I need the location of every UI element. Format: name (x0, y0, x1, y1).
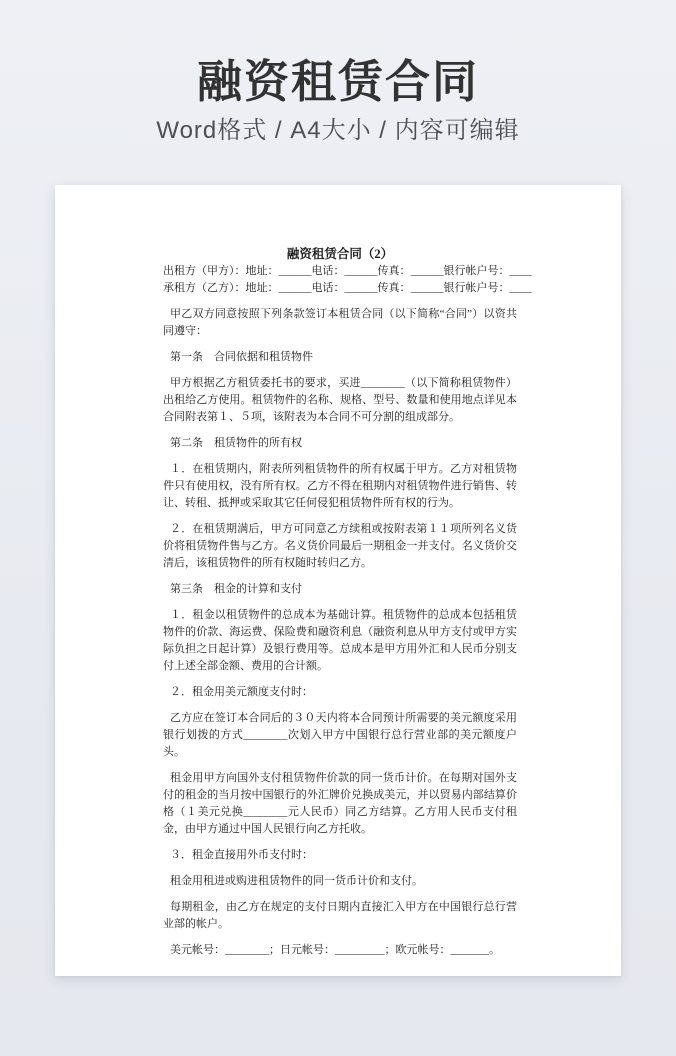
article-3-para-6: 租金用租进或购进租赁物件的同一货币计价和支付。 (163, 873, 517, 890)
document-page: 融资租赁合同（2） 出租方（甲方）：地址：______电话：______传真：_… (55, 185, 621, 976)
account-numbers-line: 美元帐号：________；日元帐号：_________；欧元帐号：______… (163, 942, 517, 959)
article-3-para-1: １．租金以租赁物件的总成本为基础计算。租赁物件的总成本包括租赁物件的价款、海运费… (163, 607, 517, 675)
intro-paragraph: 甲乙双方同意按照下列条款签订本租赁合同（以下简称“合同”）以资共同遵守： (163, 306, 517, 340)
article-3-heading: 第三条 租金的计算和支付 (163, 581, 517, 598)
lessee-line: 承租方（乙方）：地址：______电话：______传真：______银行帐户号… (163, 280, 517, 297)
article-3-para-4: 租金用甲方向国外支付租赁物件价款的同一货币计价。在每期对国外支付的租金的当月按中… (163, 770, 517, 838)
article-2-para-2: ２．在租赁期满后，甲方可同意乙方续租或按附表第１１项所列名义货价将租赁物件售与乙… (163, 521, 517, 572)
article-2-heading: 第二条 租赁物件的所有权 (163, 435, 517, 452)
article-3-para-5: ３．租金直接用外币支付时： (163, 847, 517, 864)
article-1-para: 甲方根据乙方租赁委托书的要求，买进________（以下简称租赁物件）出租给乙方… (163, 375, 517, 426)
article-3-para-3: 乙方应在签订本合同后的３０天内将本合同预计所需要的美元额度采用银行划拨的方式__… (163, 710, 517, 761)
article-1-heading: 第一条 合同依据和租赁物件 (163, 349, 517, 366)
document-title: 融资租赁合同（2） (163, 246, 517, 263)
page-title: 融资租赁合同 (0, 56, 676, 108)
page-subtitle: Word格式 / A4大小 / 内容可编辑 (0, 116, 676, 146)
article-3-para-7: 每期租金，由乙方在规定的支付日期内直接汇入甲方在中国银行总行营业部的帐户。 (163, 899, 517, 933)
preview-header: 融资租赁合同 Word格式 / A4大小 / 内容可编辑 (0, 0, 676, 146)
document-content: 融资租赁合同（2） 出租方（甲方）：地址：______电话：______传真：_… (55, 185, 621, 959)
article-3-para-2: ２．租金用美元额度支付时： (163, 684, 517, 701)
article-2-para-1: １．在租赁期内，附表所列租赁物件的所有权属于甲方。乙方对租赁物件只有使用权，没有… (163, 461, 517, 512)
lessor-line: 出租方（甲方）：地址：______电话：______传真：______银行帐户号… (163, 263, 517, 280)
